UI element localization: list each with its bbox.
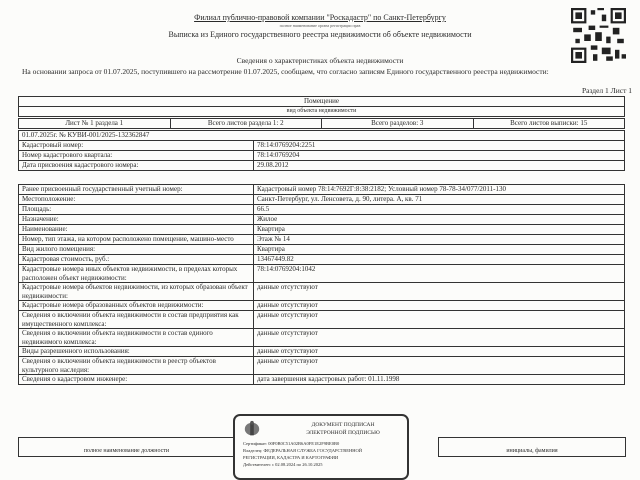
table-row: Кадастровая стоимость, руб.:13467449.82 — [19, 255, 625, 265]
object-type-caption: вид объекта недвижимости — [19, 107, 625, 117]
total-sections: Всего разделов: 3 — [322, 119, 474, 129]
object-type-table: Помещение вид объекта недвижимости — [18, 96, 625, 117]
section-title: Сведения о характеристиках объекта недви… — [0, 56, 640, 65]
stamp-subtitle: ЭЛЕКТРОННОЙ ПОДПИСЬЮ — [283, 430, 403, 437]
table-row: Наименование:Квартира — [19, 225, 625, 235]
table-row: Кадастровые номера образованных объектов… — [19, 301, 625, 311]
table-row: Номер кадастрового квартала: 78:14:07692… — [19, 151, 625, 161]
table-row: Сведения о включении объекта недвижимост… — [19, 329, 625, 347]
table-row: Номер, тип этажа, на котором расположено… — [19, 235, 625, 245]
table-row: Дата присвоения кадастрового номера: 29.… — [19, 161, 625, 171]
qr-code-icon — [571, 8, 626, 63]
total-sheets: Всего листов выписки: 15 — [473, 119, 625, 129]
organization-caption: полное наименование органа регистрации п… — [0, 23, 640, 28]
object-type: Помещение — [19, 97, 625, 107]
sheet-number: Лист № 1 раздела 1 — [19, 119, 171, 129]
details-table: Ранее присвоенный государственный учетны… — [18, 184, 625, 385]
cadastral-number: 78:14:0769204:2251 — [254, 141, 625, 151]
section-sheet-label: Раздел 1 Лист 1 — [582, 86, 632, 95]
table-row: Кадастровые номера иных объектов недвижи… — [19, 265, 625, 283]
position-caption: полное наименование должности — [19, 448, 234, 454]
electronic-signature-stamp: ДОКУМЕНТ ПОДПИСАН ЭЛЕКТРОННОЙ ПОДПИСЬЮ С… — [233, 414, 409, 480]
name-caption: инициалы, фамилия — [439, 448, 625, 454]
stamp-certificate: Сертификат: 00F0B0C51A02B6A0FE1E2F9BE0B0 — [243, 440, 362, 447]
table-row: Местоположение:Санкт-Петербург, ул. Ленс… — [19, 195, 625, 205]
sheet-info-table: Лист № 1 раздела 1 Всего листов раздела … — [18, 118, 625, 129]
cadastral-value: 13467449.82 — [254, 255, 625, 265]
table-row: Ранее присвоенный государственный учетны… — [19, 185, 625, 195]
stamp-validity: Действителен: с 02.08.2024 по 26.10.2025 — [243, 461, 362, 468]
table-row: Сведения о включении объекта недвижимост… — [19, 311, 625, 329]
table-row: Сведения о кадастровом инженере:дата зав… — [19, 375, 625, 385]
document-title: Выписка из Единого государственного реес… — [0, 30, 640, 39]
table-row: Назначение:Жилое — [19, 215, 625, 225]
extract-number: 01.07.2025г. № КУВИ-001/2025-132362847 — [19, 131, 625, 141]
table-row: Кадастровые номера объектов недвижимости… — [19, 283, 625, 301]
total-sheets-section: Всего листов раздела 1: 2 — [170, 119, 322, 129]
table-row: Виды разрешенного использования:данные о… — [19, 347, 625, 357]
stamp-title: ДОКУМЕНТ ПОДПИСАН — [283, 422, 403, 429]
table-row: Сведения о включении объекта недвижимост… — [19, 357, 625, 375]
intro-text: На основании запроса от 01.07.2025, пост… — [22, 67, 622, 76]
area: 66.5 — [254, 205, 625, 215]
table-row: Площадь:66.5 — [19, 205, 625, 215]
cadastral-table: 01.07.2025г. № КУВИ-001/2025-132362847 К… — [18, 130, 625, 171]
stamp-owner: Владелец: ФЕДЕРАЛЬНАЯ СЛУЖБА ГОСУДАРСТВЕ… — [243, 447, 362, 454]
stamp-owner-2: РЕГИСТРАЦИИ, КАДАСТРА И КАРТОГРАФИИ — [243, 454, 362, 461]
table-row: Вид жилого помещения:Квартира — [19, 245, 625, 255]
table-row: Кадастровый номер: 78:14:0769204:2251 — [19, 141, 625, 151]
coat-of-arms-icon — [243, 420, 261, 438]
address: Санкт-Петербург, ул. Ленсовета, д. 90, л… — [254, 195, 625, 205]
organization-name: Филиал публично-правовой компании "Роска… — [0, 13, 640, 22]
